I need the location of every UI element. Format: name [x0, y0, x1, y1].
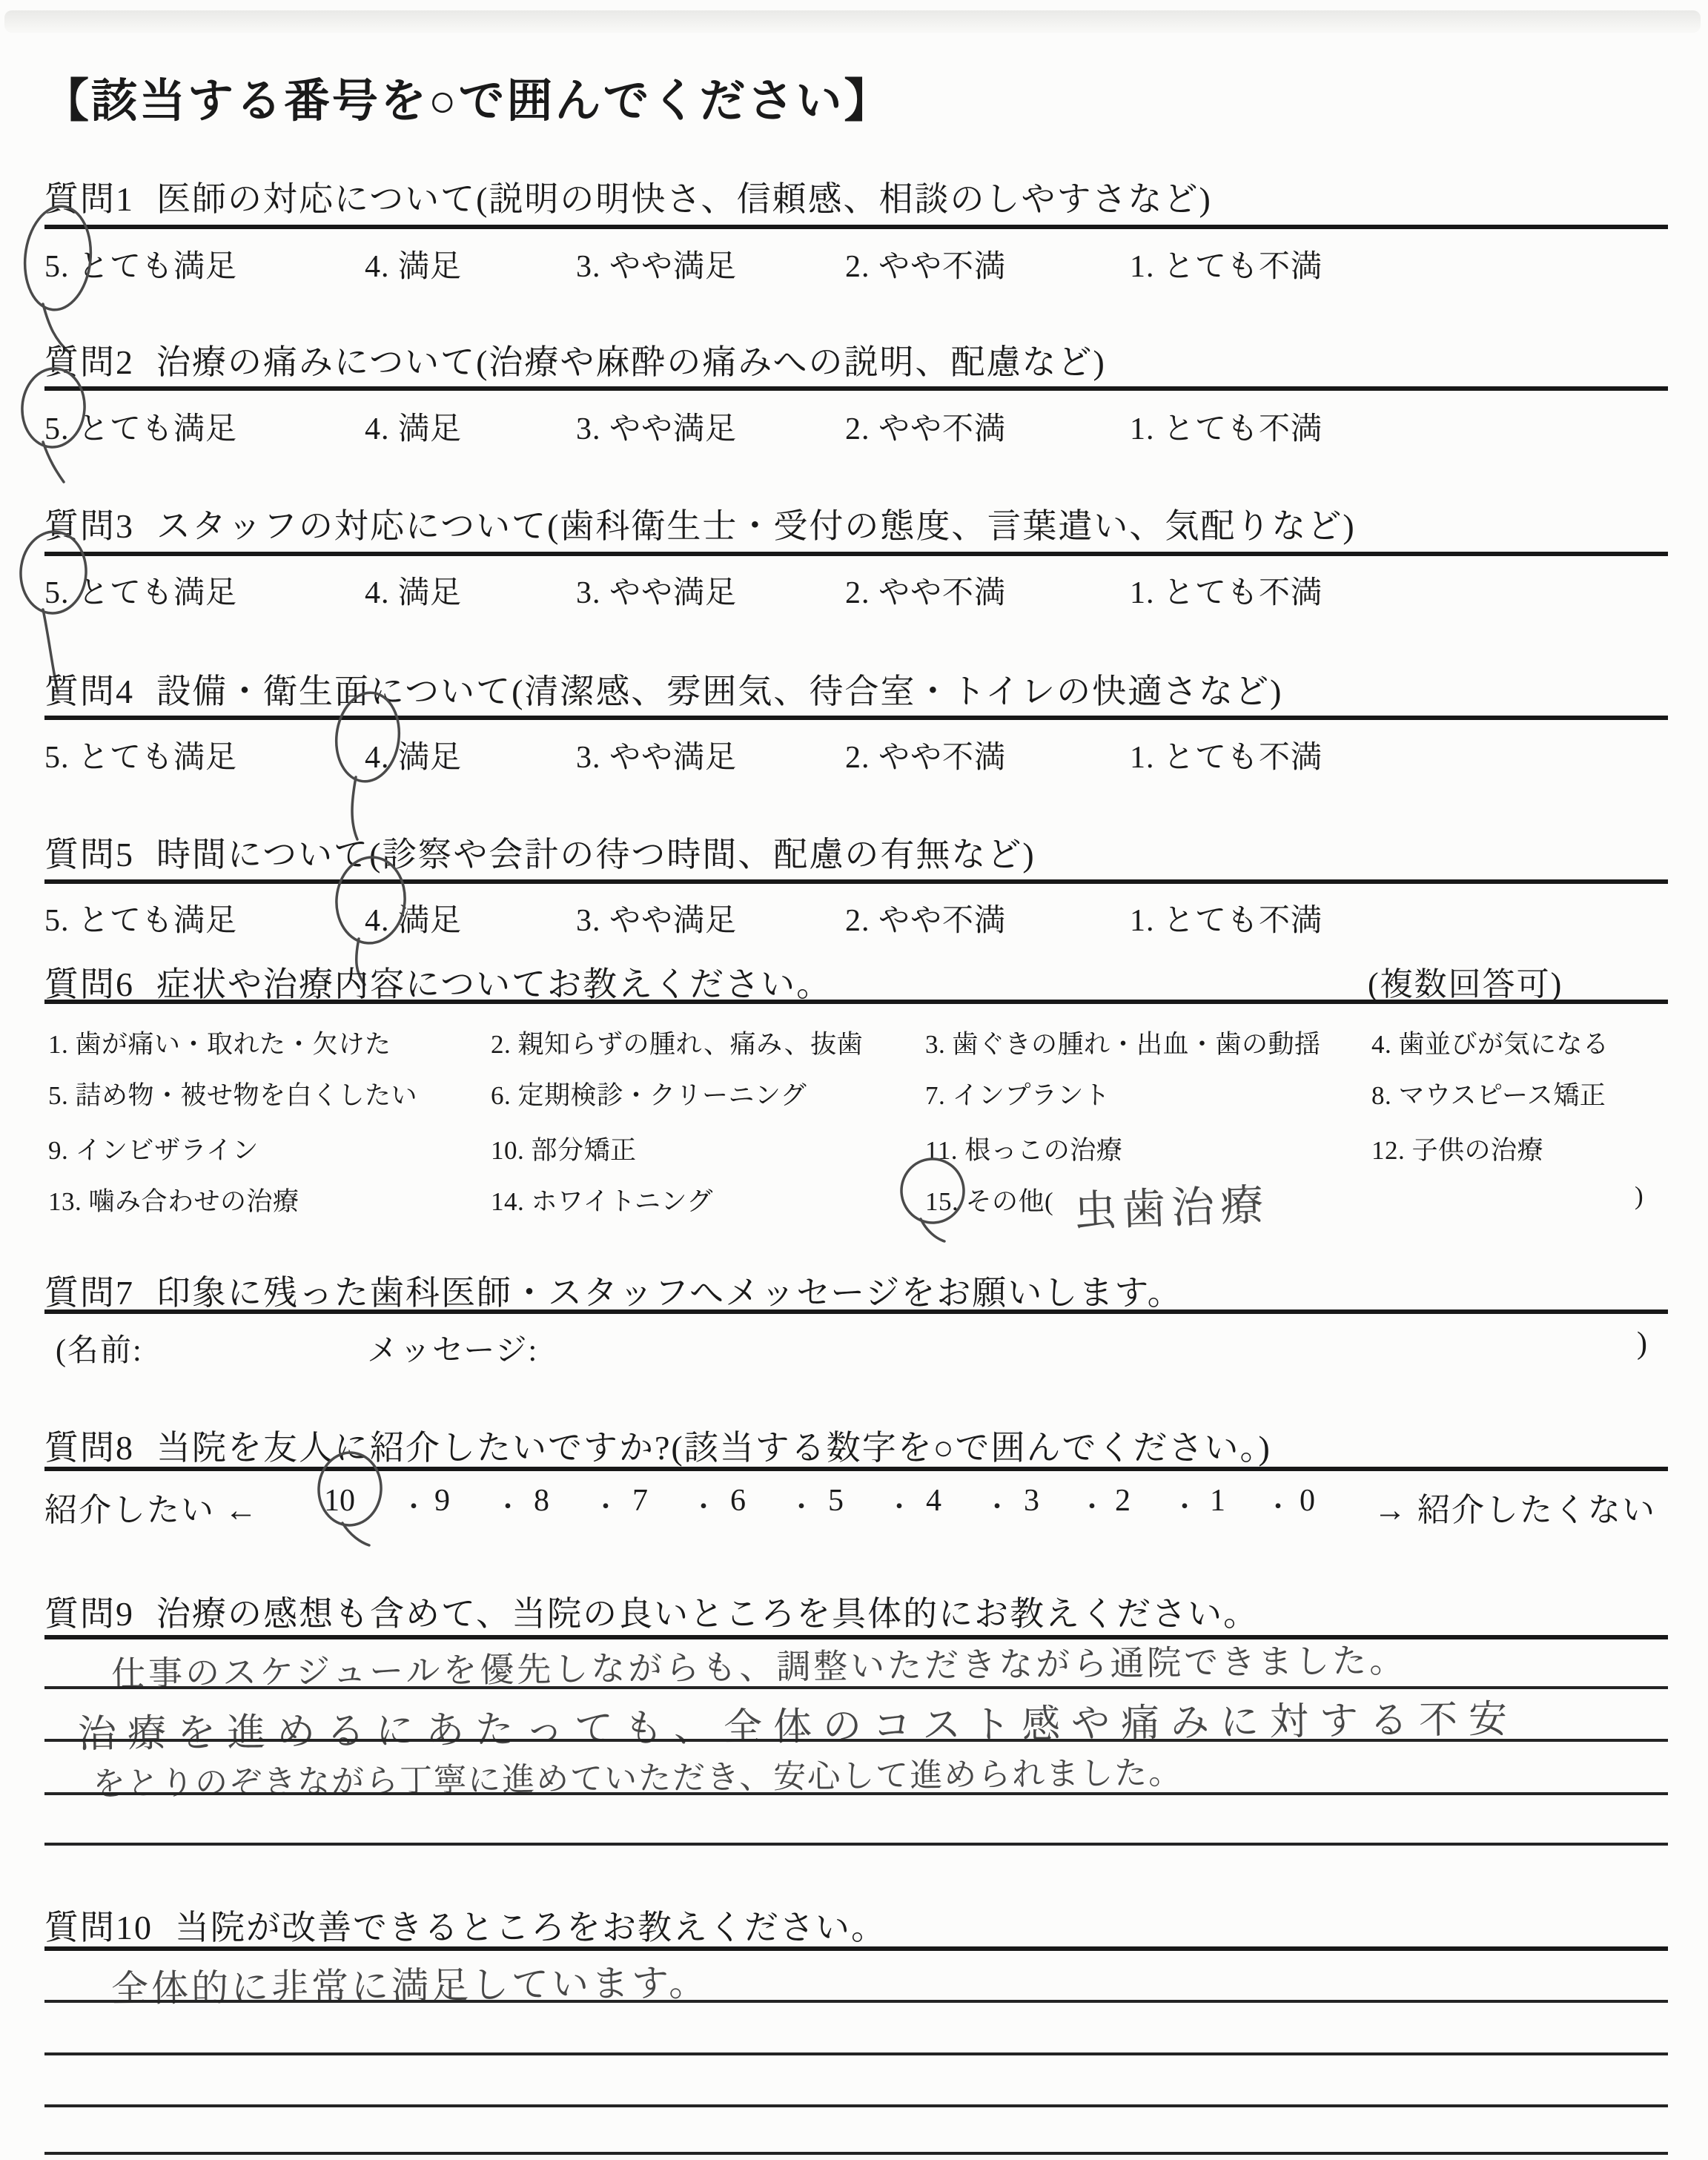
- q8-separator: ・: [400, 1486, 427, 1524]
- question-4-number: 質問4: [44, 664, 134, 713]
- q7-message-field-label[interactable]: メッセージ:: [367, 1326, 538, 1370]
- q6-item-9[interactable]: 9. インビザライン: [48, 1130, 259, 1167]
- q8-score-9[interactable]: 9: [434, 1483, 450, 1519]
- answer-line[interactable]: [44, 2000, 1668, 2003]
- q6-item-11[interactable]: 11. 根っこの治療: [925, 1130, 1122, 1167]
- q3-option-3[interactable]: 3. やや満足: [576, 568, 737, 612]
- q5-option-1[interactable]: 1. とても不満: [1130, 896, 1323, 940]
- divider: [44, 552, 1668, 556]
- q6-item-14[interactable]: 14. ホワイトニング: [491, 1181, 713, 1218]
- divider: [44, 386, 1668, 391]
- q1-option-1[interactable]: 1. とても不満: [1130, 242, 1323, 286]
- scan-artifact-top: [4, 10, 1701, 33]
- divider: [44, 1309, 1668, 1314]
- q8-separator: ・: [592, 1486, 619, 1524]
- answer-line[interactable]: [44, 2104, 1668, 2107]
- q2-option-1[interactable]: 1. とても不満: [1130, 404, 1323, 449]
- answer-line[interactable]: [44, 1843, 1668, 1846]
- q8-separator: ・: [1265, 1486, 1291, 1524]
- question-3-title: 質問3スタッフの対応について(歯科衛生士・受付の態度、言葉遣い、気配りなど): [44, 499, 1356, 548]
- divider: [44, 879, 1668, 884]
- q5-option-4[interactable]: 4. 満足: [365, 896, 462, 940]
- q4-option-1[interactable]: 1. とても不満: [1130, 733, 1323, 777]
- q6-item-4[interactable]: 4. 歯並びが気になる: [1371, 1024, 1609, 1061]
- question-5-text: 時間について(診察や会計の待つ時間、配慮の有無など): [156, 836, 1036, 873]
- q6-item-3[interactable]: 3. 歯ぐきの腫れ・出血・歯の動揺: [925, 1024, 1321, 1061]
- q6-item-6[interactable]: 6. 定期検診・クリーニング: [491, 1075, 807, 1112]
- q2-option-2[interactable]: 2. やや不満: [845, 404, 1006, 449]
- q3-option-2[interactable]: 2. やや不満: [845, 568, 1006, 612]
- question-8-number: 質問8: [44, 1421, 134, 1470]
- answer-line[interactable]: [44, 1739, 1668, 1742]
- q6-item-7[interactable]: 7. インプラント: [925, 1075, 1110, 1112]
- q8-score-6[interactable]: 6: [730, 1483, 746, 1519]
- q8-score-10[interactable]: 10: [324, 1483, 355, 1519]
- question-9-number: 質問9: [44, 1587, 134, 1636]
- question-1-text: 医師の対応について(説明の明快さ、信頼感、相談のしやすさなど): [156, 180, 1212, 218]
- divider: [44, 225, 1668, 229]
- divider: [44, 716, 1668, 720]
- divider: [44, 1946, 1668, 1951]
- q6-item-12[interactable]: 12. 子供の治療: [1371, 1130, 1543, 1167]
- q2-option-3[interactable]: 3. やや満足: [576, 404, 737, 449]
- answer-line[interactable]: [44, 2152, 1668, 2155]
- q3-option-5[interactable]: 5. とても満足: [44, 568, 237, 612]
- question-3-number: 質問3: [44, 499, 134, 548]
- q7-close-paren: ): [1637, 1326, 1649, 1361]
- q8-separator: ・: [984, 1486, 1010, 1524]
- q8-score-2[interactable]: 2: [1115, 1483, 1131, 1519]
- question-3-text: スタッフの対応について(歯科衛生士・受付の態度、言葉遣い、気配りなど): [156, 507, 1356, 545]
- q1-option-3[interactable]: 3. やや満足: [576, 242, 737, 286]
- q1-option-5[interactable]: 5. とても満足: [44, 242, 237, 286]
- multiple-answers-note: (複数回答可): [1368, 957, 1563, 1005]
- form-heading: 【該当する番号を○で囲んでください】: [43, 64, 892, 130]
- question-7-text: 印象に残った歯科医師・スタッフへメッセージをお願いします。: [156, 1274, 1183, 1312]
- q8-separator: ・: [494, 1486, 521, 1524]
- question-9-title: 質問9治療の感想も含めて、当院の良いところを具体的にお教えください。: [44, 1587, 1259, 1636]
- q4-option-4[interactable]: 4. 満足: [365, 733, 462, 777]
- q8-score-1[interactable]: 1: [1210, 1483, 1225, 1519]
- question-1-title: 質問1医師の対応について(説明の明快さ、信頼感、相談のしやすさなど): [44, 172, 1212, 221]
- q8-separator: ・: [788, 1486, 815, 1524]
- q8-score-5[interactable]: 5: [828, 1483, 844, 1519]
- q6-other-close-paren: ): [1635, 1181, 1644, 1211]
- q6-item-10[interactable]: 10. 部分矯正: [491, 1130, 637, 1167]
- q8-score-0[interactable]: 0: [1300, 1483, 1315, 1519]
- q6-item-13[interactable]: 13. 噛み合わせの治療: [48, 1181, 299, 1218]
- question-2-number: 質問2: [44, 335, 134, 384]
- q6-item-5[interactable]: 5. 詰め物・被せ物を白くしたい: [48, 1075, 417, 1112]
- q5-option-5[interactable]: 5. とても満足: [44, 896, 237, 940]
- q6-item-2[interactable]: 2. 親知らずの腫れ、痛み、抜歯: [491, 1024, 863, 1061]
- question-6-text: 症状や治療内容についてお教えください。: [156, 965, 832, 1003]
- q4-option-5[interactable]: 5. とても満足: [44, 733, 237, 777]
- question-2-title: 質問2治療の痛みについて(治療や麻酔の痛みへの説明、配慮など): [44, 335, 1106, 384]
- q5-option-2[interactable]: 2. やや不満: [845, 896, 1006, 940]
- q6-item-8[interactable]: 8. マウスピース矯正: [1371, 1075, 1606, 1112]
- q10-handwritten-answer-line-1: 全体的に非常に満足しています。: [111, 1953, 709, 2012]
- question-5-number: 質問5: [44, 828, 134, 876]
- q8-separator: ・: [1079, 1486, 1105, 1524]
- q8-separator: ・: [690, 1486, 717, 1524]
- question-10-text: 当院が改善できるところをお教えください。: [175, 1909, 887, 1946]
- question-7-title: 質問7印象に残った歯科医師・スタッフへメッセージをお願いします。: [44, 1266, 1183, 1315]
- q6-item-15-other[interactable]: 15. その他(: [925, 1181, 1053, 1218]
- q9-handwritten-answer-line-2: 治療を進めるにあたっても、全体のコスト感や痛みに対する不安: [78, 1688, 1519, 1758]
- question-1-number: 質問1: [44, 172, 134, 221]
- q4-option-3[interactable]: 3. やや満足: [576, 733, 737, 777]
- question-10-title: 質問10当院が改善できるところをお教えください。: [44, 1900, 887, 1949]
- q5-option-3[interactable]: 3. やや満足: [576, 896, 737, 940]
- q8-separator: ・: [1171, 1486, 1198, 1524]
- q8-label-not-recommend: → 紹介したくない: [1374, 1483, 1656, 1530]
- q6-item-1[interactable]: 1. 歯が痛い・取れた・欠けた: [48, 1024, 391, 1061]
- q8-label-recommend: 紹介したい ←: [44, 1483, 259, 1530]
- q3-option-4[interactable]: 4. 満足: [365, 568, 462, 612]
- question-8-title: 質問8当院を友人に紹介したいですか?(該当する数字を○で囲んでください。): [44, 1421, 1271, 1470]
- q1-option-2[interactable]: 2. やや不満: [845, 242, 1006, 286]
- divider: [44, 1000, 1668, 1004]
- q2-option-5[interactable]: 5. とても満足: [44, 404, 237, 449]
- q8-score-4[interactable]: 4: [926, 1483, 941, 1519]
- dental-survey-scan: 【該当する番号を○で囲んでください】 質問1医師の対応について(説明の明快さ、信…: [0, 0, 1708, 2160]
- q6-other-handwritten-answer: 虫歯治療: [1073, 1169, 1271, 1238]
- question-8-text: 当院を友人に紹介したいですか?(該当する数字を○で囲んでください。): [156, 1429, 1271, 1467]
- q8-separator: ・: [886, 1486, 913, 1524]
- q8-score-3[interactable]: 3: [1024, 1483, 1039, 1519]
- question-4-title: 質問4設備・衛生面について(清潔感、雰囲気、待合室・トイレの快適さなど): [44, 664, 1282, 713]
- q8-score-8[interactable]: 8: [534, 1483, 549, 1519]
- q8-score-7[interactable]: 7: [632, 1483, 648, 1519]
- question-10-number: 質問10: [44, 1900, 153, 1949]
- question-4-text: 設備・衛生面について(清潔感、雰囲気、待合室・トイレの快適さなど): [156, 673, 1282, 710]
- q4-option-2[interactable]: 2. やや不満: [845, 733, 1006, 777]
- divider: [44, 1467, 1668, 1471]
- answer-line[interactable]: [44, 2052, 1668, 2055]
- q7-name-field-label[interactable]: (名前:: [56, 1326, 143, 1370]
- question-7-number: 質問7: [44, 1266, 134, 1315]
- q2-option-4[interactable]: 4. 満足: [365, 404, 462, 449]
- q1-option-4[interactable]: 4. 満足: [365, 242, 462, 286]
- question-9-text: 治療の感想も含めて、当院の良いところを具体的にお教えください。: [156, 1595, 1259, 1633]
- answer-line[interactable]: [44, 1792, 1668, 1795]
- q3-option-1[interactable]: 1. とても不満: [1130, 568, 1323, 612]
- question-2-text: 治療の痛みについて(治療や麻酔の痛みへの説明、配慮など): [156, 343, 1106, 381]
- question-5-title: 質問5時間について(診察や会計の待つ時間、配慮の有無など): [44, 828, 1036, 876]
